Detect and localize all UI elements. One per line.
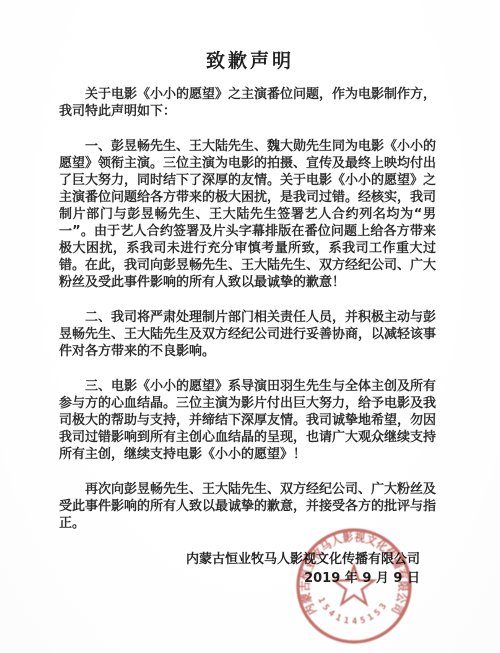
star-icon	[334, 566, 374, 604]
paragraph-item-2: 二、我司将严肃处理制片部门相关责任人员，并积极主动与彭昱畅先生、王大陆先生及双方…	[59, 309, 436, 360]
document-title: 致歉声明	[0, 0, 500, 73]
paragraph-item-1: 一、彭昱畅先生、王大陆先生、魏大勋先生同为电影《小小的愿望》领衔主演。三位主演为…	[59, 138, 436, 291]
seal-code-text: 1541145153	[315, 596, 389, 627]
signature-block: 内蒙古恒业牧马人影视文化传播有限公司 2019 年 9 月 9 日	[0, 550, 500, 588]
company-seal: 内蒙古恒业牧马人影视文化传播有限公司 1541145153	[293, 525, 415, 647]
paragraph-intro: 关于电影《小小的愿望》之主演番位问题，作为电影制作方，我司特此声明如下：	[59, 86, 436, 120]
document-body: 关于电影《小小的愿望》之主演番位问题，作为电影制作方，我司特此声明如下： 一、彭…	[0, 73, 500, 532]
apology-statement-page: 致歉声明 关于电影《小小的愿望》之主演番位问题，作为电影制作方，我司特此声明如下…	[0, 0, 500, 653]
seal-ring-text: 内蒙古恒业牧马人影视文化传播有限公司	[298, 530, 410, 618]
paragraph-item-3: 三、电影《小小的愿望》系导演田羽生先生与全体主创及所有参与方的心血结晶。三位主演…	[59, 378, 436, 463]
